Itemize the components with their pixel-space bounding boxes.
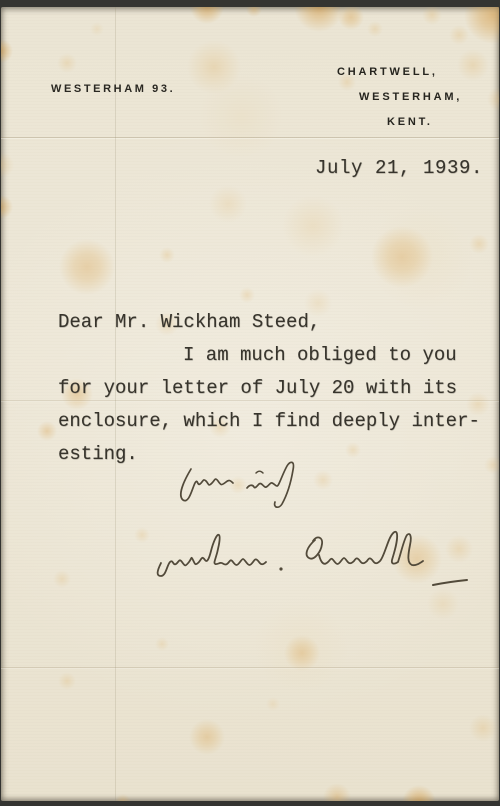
address-line-kent: KENT. [387, 116, 433, 128]
body-line-2: for your letter of July 20 with its [58, 372, 478, 405]
signature-script-svg [147, 523, 483, 595]
signature-handwriting [147, 523, 483, 595]
letter-body: Dear Mr. Wickham Steed, I am much oblige… [58, 306, 478, 471]
photo-background: WESTERHAM 93. CHARTWELL, WESTERHAM, KENT… [0, 0, 500, 806]
letter-paper: WESTERHAM 93. CHARTWELL, WESTERHAM, KENT… [1, 7, 499, 801]
body-line-3: enclosure, which I find deeply inter- [58, 405, 478, 438]
letterhead-phone: WESTERHAM 93. [51, 83, 175, 95]
address-line-chartwell: CHARTWELL, [337, 66, 438, 78]
letter-date: July 21, 1939. [315, 157, 483, 179]
letterhead-address: CHARTWELL, WESTERHAM, KENT. [331, 66, 481, 141]
salutation: Dear Mr. Wickham Steed, [58, 306, 478, 339]
body-line-1: I am much obliged to you [183, 339, 478, 372]
letter-photograph: { "letterhead": { "phone": "WESTERHAM 93… [0, 0, 500, 806]
body-line-4: esting. [58, 438, 478, 471]
address-line-westerham: WESTERHAM, [359, 91, 462, 103]
fold-crease-bottom [1, 667, 499, 669]
